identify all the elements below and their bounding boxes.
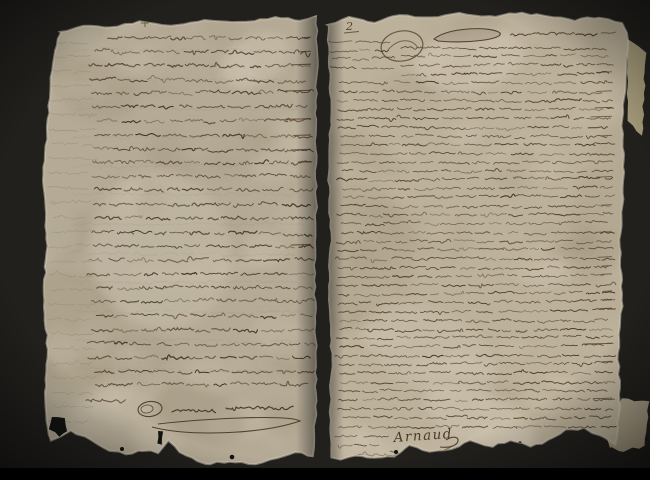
manuscript-scan: 2Arnaud <box>0 0 650 480</box>
photo-bottom-bar <box>0 468 650 480</box>
photo-vignette <box>0 0 650 480</box>
scan-canvas: 2Arnaud <box>0 0 650 480</box>
